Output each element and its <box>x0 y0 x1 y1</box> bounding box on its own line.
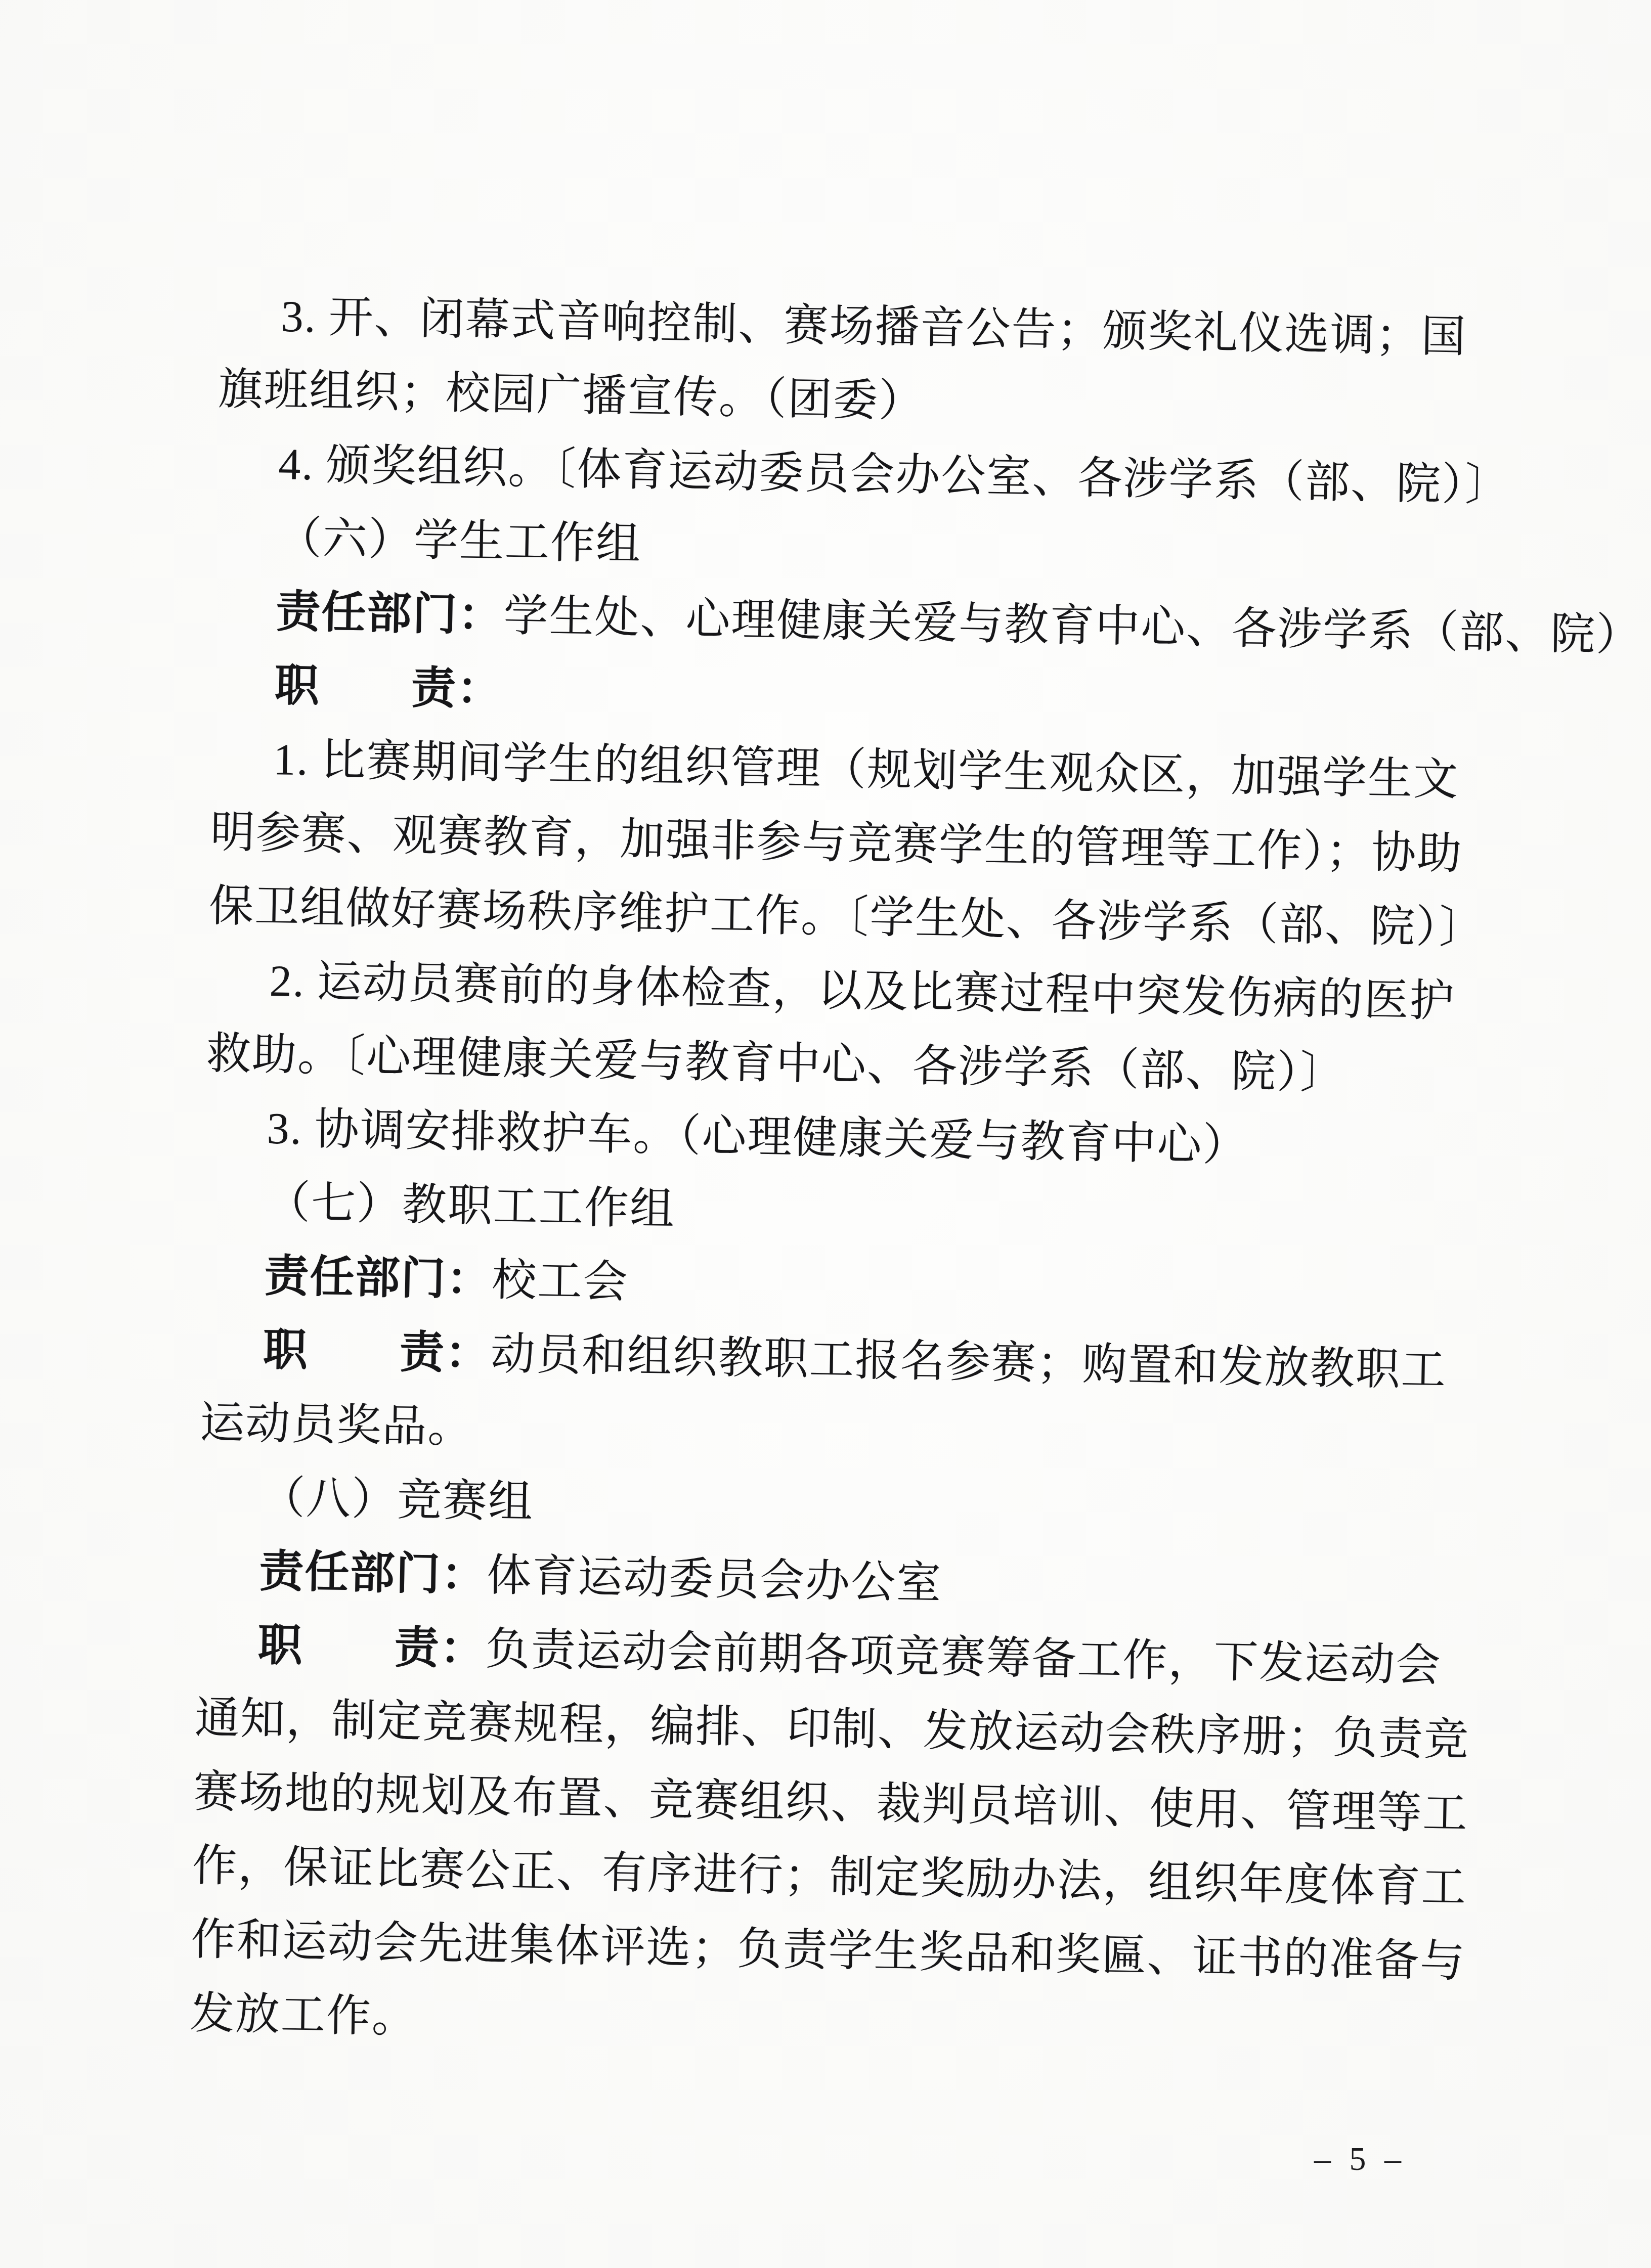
scanned-document-page: 3. 开、闭幕式音响控制、赛场播音公告；颁奖礼仪选调；国 旗班组织；校园广播宣传… <box>0 0 1651 2268</box>
line-text: 救助。〔心理健康关爱与教育中心、各涉学系（部、院）〕 <box>206 1030 1345 1098</box>
line-label: 职 责： <box>274 661 503 715</box>
line-text: （八）竞赛组 <box>260 1474 534 1527</box>
line-text: 学生处、心理健康关爱与教育中心、各涉学系（部、院） <box>503 592 1642 660</box>
line-text: 运动员奖品。 <box>200 1399 474 1452</box>
line-text: 保卫组做好赛场秩序维护工作。〔学生处、各涉学系（部、院）〕 <box>209 882 1485 953</box>
line-label: 责任部门： <box>276 588 504 641</box>
line-text: 作和运动会先进集体评选；负责学生奖品和奖匾、证书的准备与 <box>191 1916 1466 1987</box>
line-label: 职 责： <box>263 1326 491 1379</box>
line-text: 赛场地的规划及布置、竞赛组织、裁判员培训、使用、管理等工 <box>193 1768 1468 1839</box>
line-text: 体育运动委员会办公室 <box>486 1551 942 1609</box>
line-label: 职 责： <box>257 1621 486 1674</box>
line-text: 动员和组织教职工报名参赛；购置和发放教职工 <box>490 1330 1447 1396</box>
line-text: 3. 协调安排救护车。（心理健康关爱与教育中心） <box>267 1104 1248 1171</box>
line-text: 明参赛、观赛教育，加强非参与竞赛学生的管理等工作）；协助 <box>210 808 1463 879</box>
line-text: 通知，制定竞赛规程，编排、印制、发放运动会秩序册；负责竞 <box>194 1694 1469 1765</box>
line-text: 4. 颁奖组织。〔体育运动委员会办公室、各涉学系（部、院）〕 <box>278 440 1511 510</box>
line-label: 责任部门： <box>259 1547 488 1600</box>
page-number: – 5 – <box>1314 2140 1406 2178</box>
line-text: 发放工作。 <box>189 1989 418 2042</box>
line-text: 2. 运动员赛前的身体检查，以及比赛过程中突发伤病的医护 <box>269 957 1455 1027</box>
line-text: 作，保证比赛公正、有序进行；制定奖励办法，组织年度体育工 <box>192 1842 1467 1913</box>
line-text: 校工会 <box>492 1256 629 1308</box>
line-text: 3. 开、闭幕式音响控制、赛场播音公告；颁奖礼仪选调；国 <box>281 292 1467 362</box>
line-text: （七）教职工工作组 <box>265 1178 676 1234</box>
document-body: 3. 开、闭幕式音响控制、赛场播音公告；颁奖礼仪选调；国 旗班组织；校园广播宣传… <box>189 279 1530 2074</box>
line-text: 负责运动会前期各项竞赛筹备工作，下发运动会 <box>485 1625 1442 1691</box>
line-text: 1. 比赛期间学生的组织管理（规划学生观众区，加强学生文 <box>273 735 1459 805</box>
line-text: 旗班组织；校园广播宣传。（团委） <box>218 365 924 426</box>
line-label: 责任部门： <box>264 1252 493 1305</box>
line-text: （六）学生工作组 <box>277 514 642 569</box>
